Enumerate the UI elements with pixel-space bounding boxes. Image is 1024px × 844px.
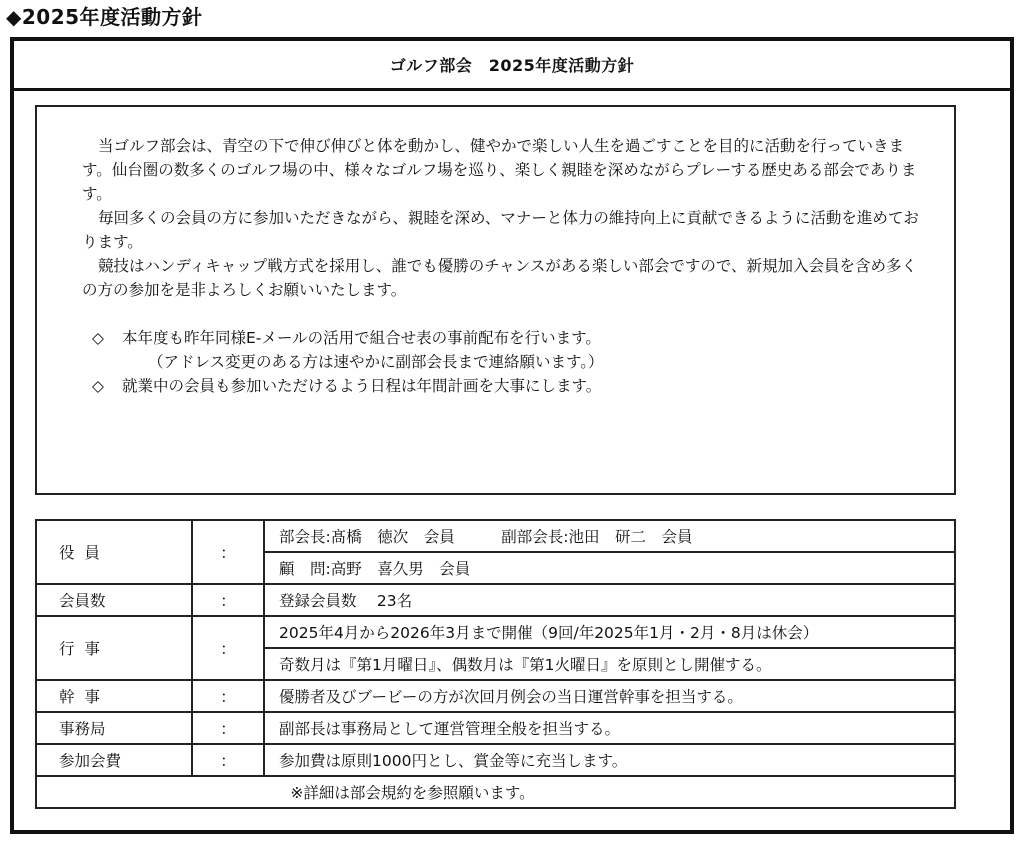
row-label: 役 員: [36, 520, 192, 584]
intro-paragraph: 毎回多くの会員の方に参加いただきながら、親睦を深め、マナーと体力の維持向上に貢献…: [82, 206, 919, 254]
table-row-members: 会員数 ： 登録会員数 23名: [36, 584, 955, 616]
row-label: 参加会費: [36, 744, 192, 776]
document-header: ゴルフ部会 2025年度活動方針: [14, 41, 1010, 91]
bullet-list: ◇ 本年度も昨年同様E-メールの活用で組合せ表の事前配布を行います。 （アドレス…: [82, 326, 919, 398]
row-value: 顧 問:高野 喜久男 会員: [264, 552, 955, 584]
row-label: 行 事: [36, 616, 192, 680]
intro-paragraph: 競技はハンディキャップ戦方式を採用し、誰でも優勝のチャンスがある楽しい部会ですの…: [82, 254, 919, 302]
row-label: 事務局: [36, 712, 192, 744]
table-row-organizer: 幹 事 ： 優勝者及びブービーの方が次回月例会の当日運営幹事を担当する。: [36, 680, 955, 712]
table-note: ※詳細は部会規約を参照願います。: [36, 776, 955, 808]
page-title: ◆2025年度活動方針: [6, 2, 203, 32]
table-row-officers: 役 員 ： 部会長:髙橋 徳次 会員 副部会長:池田 研二 会員: [36, 520, 955, 552]
bullet-subtext: （アドレス変更のある方は速やかに副部会長まで連絡願います。）: [92, 350, 919, 374]
row-value: 部会長:髙橋 徳次 会員 副部会長:池田 研二 会員: [264, 520, 955, 552]
row-colon: ：: [192, 712, 264, 744]
info-table: 役 員 ： 部会長:髙橋 徳次 会員 副部会長:池田 研二 会員 顧 問:高野 …: [35, 519, 956, 809]
bullet-text: 本年度も昨年同様E-メールの活用で組合せ表の事前配布を行います。: [122, 326, 601, 350]
diamond-outline-icon: ◇: [92, 374, 122, 398]
row-value: 副部長は事務局として運営管理全般を担当する。: [264, 712, 955, 744]
intro-paragraph: 当ゴルフ部会は、青空の下で伸び伸びと体を動かし、健やかで楽しい人生を過ごすことを…: [82, 134, 919, 206]
row-value: 奇数月は『第1月曜日』、偶数月は『第1火曜日』を原則とし開催する。: [264, 648, 955, 680]
diamond-outline-icon: ◇: [92, 326, 122, 350]
row-label: 会員数: [36, 584, 192, 616]
row-value: 優勝者及びブービーの方が次回月例会の当日運営幹事を担当する。: [264, 680, 955, 712]
row-value: 参加費は原則1000円とし、賞金等に充当します。: [264, 744, 955, 776]
row-colon: ：: [192, 616, 264, 680]
row-value: 登録会員数 23名: [264, 584, 955, 616]
bullet-item: ◇ 本年度も昨年同様E-メールの活用で組合せ表の事前配布を行います。: [92, 326, 919, 350]
bullet-item: ◇ 就業中の会員も参加いただけるよう日程は年間計画を大事にします。: [92, 374, 919, 398]
row-colon: ：: [192, 680, 264, 712]
intro-text-box: 当ゴルフ部会は、青空の下で伸び伸びと体を動かし、健やかで楽しい人生を過ごすことを…: [35, 105, 956, 495]
table-row-fee: 参加会費 ： 参加費は原則1000円とし、賞金等に充当します。: [36, 744, 955, 776]
table-row-note: ※詳細は部会規約を参照願います。: [36, 776, 955, 808]
bullet-text: 就業中の会員も参加いただけるよう日程は年間計画を大事にします。: [122, 374, 601, 398]
table-row-events: 行 事 ： 2025年4月から2026年3月まで開催（9回/年2025年1月・2…: [36, 616, 955, 648]
row-colon: ：: [192, 584, 264, 616]
document-header-title: ゴルフ部会 2025年度活動方針: [390, 53, 635, 76]
row-label: 幹 事: [36, 680, 192, 712]
table-row-secretariat: 事務局 ： 副部長は事務局として運営管理全般を担当する。: [36, 712, 955, 744]
row-colon: ：: [192, 744, 264, 776]
row-colon: ：: [192, 520, 264, 584]
policy-document-frame: ゴルフ部会 2025年度活動方針 当ゴルフ部会は、青空の下で伸び伸びと体を動かし…: [10, 37, 1014, 834]
row-value: 2025年4月から2026年3月まで開催（9回/年2025年1月・2月・8月は休…: [264, 616, 955, 648]
